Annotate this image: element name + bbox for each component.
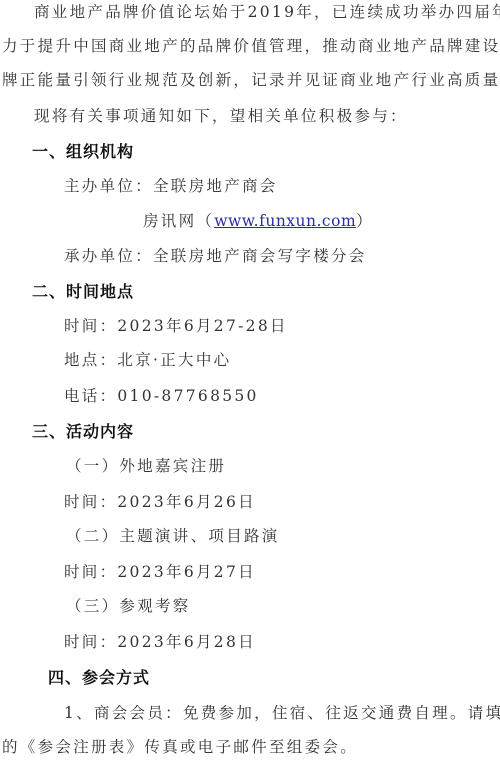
event-time: 时间：2023年6月27-28日 <box>64 316 288 336</box>
activity-3-time: 时间：2023年6月28日 <box>64 632 256 652</box>
host-unit: 主办单位：全联房地产商会 <box>64 176 278 196</box>
intro-line-2: 力于提升中国商业地产的品牌价值管理，推动商业地产品牌建设，以品 <box>2 36 500 56</box>
attend-item-1-line-2: 的《参会注册表》传真或电子邮件至组委会。 <box>2 737 358 757</box>
cohost-prefix: 房讯网（ <box>143 212 214 230</box>
organizer-unit: 承办单位：全联房地产商会写字楼分会 <box>64 246 367 266</box>
activity-1-name: （一）外地嘉宾注册 <box>66 456 226 476</box>
event-phone: 电话：010-87768550 <box>64 386 259 406</box>
section-1-title: 一、组织机构 <box>32 142 134 162</box>
intro-line-4: 现将有关事项通知如下，望相关单位积极参与： <box>34 106 408 126</box>
cohost-suffix: ） <box>356 212 374 230</box>
intro-line-3: 牌正能量引领行业规范及创新，记录并见证商业地产行业高质量发展。 <box>2 70 500 90</box>
intro-line-1: 商业地产品牌价值论坛始于2019年，已连续成功举办四届年会。致 <box>34 2 500 22</box>
activity-2-name: （二）主题演讲、项目路演 <box>66 526 280 546</box>
activity-3-name: （三）参观考察 <box>66 596 191 616</box>
section-4-title: 四、参会方式 <box>48 668 150 688</box>
cohost-unit: 房讯网（www.funxun.com） <box>143 211 374 231</box>
attend-item-1-line-1: 1、商会会员：免费参加，住宿、往返交通费自理。请填写完整 <box>64 703 500 723</box>
section-3-title: 三、活动内容 <box>32 422 134 442</box>
activity-1-time: 时间：2023年6月26日 <box>64 492 256 512</box>
activity-2-time: 时间：2023年6月27日 <box>64 562 256 582</box>
event-place: 地点：北京·正大中心 <box>64 350 231 370</box>
funxun-link[interactable]: www.funxun.com <box>214 212 356 230</box>
section-2-title: 二、时间地点 <box>32 282 134 302</box>
